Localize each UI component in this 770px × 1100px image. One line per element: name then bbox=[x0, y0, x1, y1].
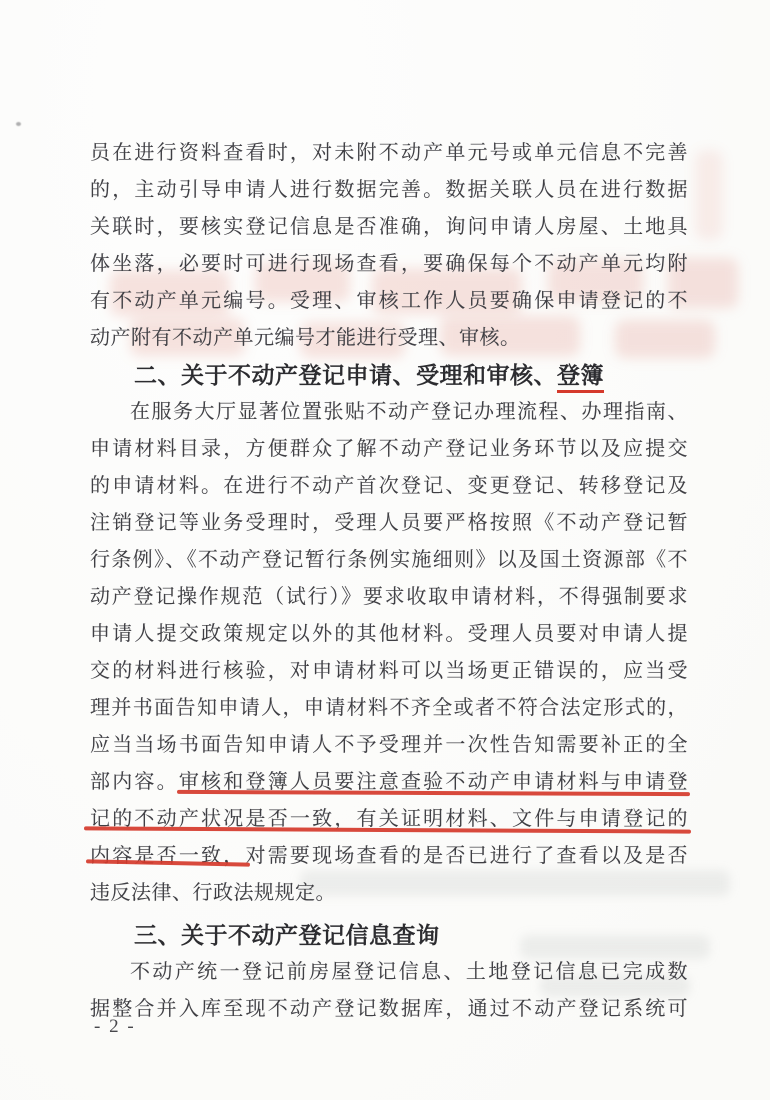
body-line: 申请材料目录，方便群众了解不动产登记业务环节以及应提交 bbox=[90, 431, 688, 468]
body-line: 在服务大厅显著位置张贴不动产登记办理流程、办理指南、 bbox=[90, 394, 688, 431]
body-line: 员在进行资料查看时，对未附不动产单元号或单元信息不完善 bbox=[90, 135, 688, 172]
body-line: 行条例》、《不动产登记暂行条例实施细则》以及国土资源部《不 bbox=[90, 542, 688, 579]
body-line: 有不动产单元编号。受理、审核工作人员要确保申请登记的不 bbox=[90, 283, 688, 320]
page-number: - 2 - bbox=[94, 1016, 136, 1038]
body-line: 部内容。审核和登簿人员要注意查验不动产申请材料与申请登 bbox=[90, 764, 688, 801]
section-heading-2: 二、关于不动产登记申请、受理和审核、登簿 bbox=[90, 357, 688, 394]
body-line: 体坐落，必要时可进行现场查看，要确保每个不动产单元均附 bbox=[90, 246, 688, 283]
document-page: 员在进行资料查看时，对未附不动产单元号或单元信息不完善 的，主动引导申请人进行数… bbox=[0, 0, 770, 1100]
section-heading-2-text: 二、关于不动产登记申请、受理和审核、 bbox=[134, 362, 557, 388]
body-line: 注销登记等业务受理时，受理人员要严格按照《不动产登记暂 bbox=[90, 505, 688, 542]
stamp-bleed-blob bbox=[695, 150, 723, 240]
body-line: 交的材料进行核验，对申请材料可以当场更正错误的，应当受 bbox=[90, 653, 688, 690]
body-line: 不动产统一登记前房屋登记信息、土地登记信息已完成数 bbox=[90, 954, 688, 991]
body-line: 动产登记操作规范（试行）》要求收取申请材料，不得强制要求 bbox=[90, 579, 688, 616]
text-column: 员在进行资料查看时，对未附不动产单元号或单元信息不完善 的，主动引导申请人进行数… bbox=[90, 135, 688, 1028]
body-line: 的申请材料。在进行不动产首次登记、变更登记、转移登记及 bbox=[90, 468, 688, 505]
section-heading-2-underlined-term: 登簿 bbox=[557, 362, 604, 393]
body-line: 的，主动引导申请人进行数据完善。数据关联人员在进行数据 bbox=[90, 172, 688, 209]
body-line: 关联时，要核实登记信息是否准确，询问申请人房屋、土地具 bbox=[90, 209, 688, 246]
section-heading-3: 三、关于不动产登记信息查询 bbox=[90, 917, 688, 954]
section-heading-3-text: 三、关于不动产登记信息查询 bbox=[134, 922, 440, 948]
body-line: 理并书面告知申请人，申请材料不齐全或者不符合法定形式的， bbox=[90, 690, 688, 727]
body-line: 申请人提交政策规定以外的其他材料。受理人员要对申请人提 bbox=[90, 616, 688, 653]
body-line: 违反法律、行政法规规定。 bbox=[90, 875, 688, 912]
scan-speck bbox=[16, 122, 21, 126]
body-line: 据整合并入库至现不动产登记数据库，通过不动产登记系统可 bbox=[90, 991, 688, 1028]
body-line: 应当当场书面告知申请人不予受理并一次性告知需要补正的全 bbox=[90, 727, 688, 764]
body-line: 内容是否一致，对需要现场查看的是否已进行了查看以及是否 bbox=[90, 838, 688, 875]
body-line: 动产附有不动产单元编号才能进行受理、审核。 bbox=[90, 320, 688, 357]
